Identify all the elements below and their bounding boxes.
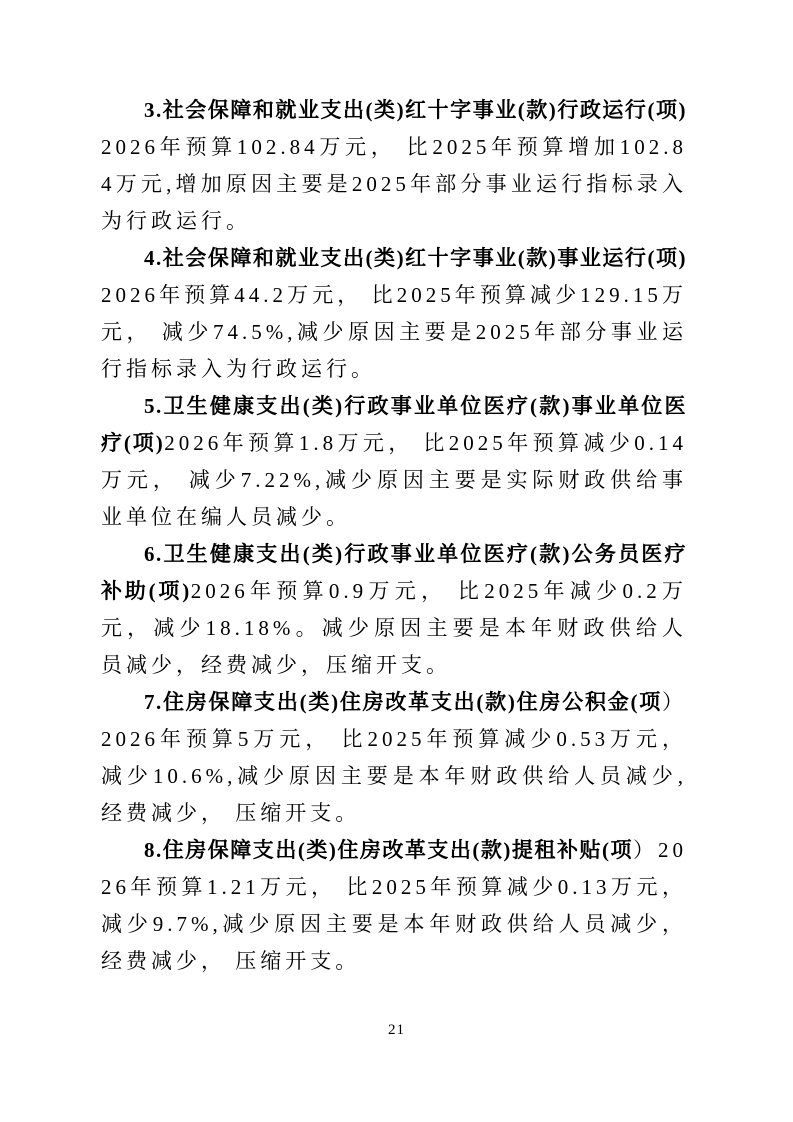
budget-paragraph-6: 6.卫生健康支出(类)行政事业单位医疗(款)公务员医疗补助(项)2026年预算0…	[101, 536, 687, 684]
paragraph-lead: 4.社会保障和就业支出(类)红十字事业(款)事业运行(项)	[144, 246, 687, 270]
budget-paragraph-4: 4.社会保障和就业支出(类)红十字事业(款)事业运行(项)2026年预算44.2…	[101, 240, 687, 388]
paragraph-text: 2026年预算1.8万元， 比2025年预算减少0.14万元， 减少7.22%,…	[101, 431, 687, 529]
paragraph-text: 2026年预算102.84万元， 比2025年预算增加102.84万元,增加原因…	[101, 135, 687, 233]
budget-paragraph-7: 7.住房保障支出(类)住房改革支出(款)住房公积金(项）2026年预算5万元， …	[101, 684, 687, 832]
paragraph-lead: 3.社会保障和就业支出(类)红十字事业(款)行政运行(项)	[144, 98, 687, 122]
paragraph-lead: 8.住房保障支出(类)住房改革支出(款)提租补贴(项	[144, 838, 633, 862]
budget-paragraph-8: 8.住房保障支出(类)住房改革支出(款)提租补贴(项）2026年预算1.21万元…	[101, 832, 687, 980]
document-page: 3.社会保障和就业支出(类)红十字事业(款)行政运行(项)2026年预算102.…	[0, 0, 793, 1122]
page-body: 3.社会保障和就业支出(类)红十字事业(款)行政运行(项)2026年预算102.…	[101, 92, 687, 980]
budget-paragraph-5: 5.卫生健康支出(类)行政事业单位医疗(款)事业单位医疗(项)2026年预算1.…	[101, 388, 687, 536]
paragraph-text: 2026年预算44.2万元， 比2025年预算减少129.15万元， 减少74.…	[101, 283, 687, 381]
budget-paragraph-3: 3.社会保障和就业支出(类)红十字事业(款)行政运行(项)2026年预算102.…	[101, 92, 687, 240]
page-number: 21	[0, 1022, 793, 1039]
paragraph-lead: 7.住房保障支出(类)住房改革支出(款)住房公积金(项	[144, 690, 662, 714]
